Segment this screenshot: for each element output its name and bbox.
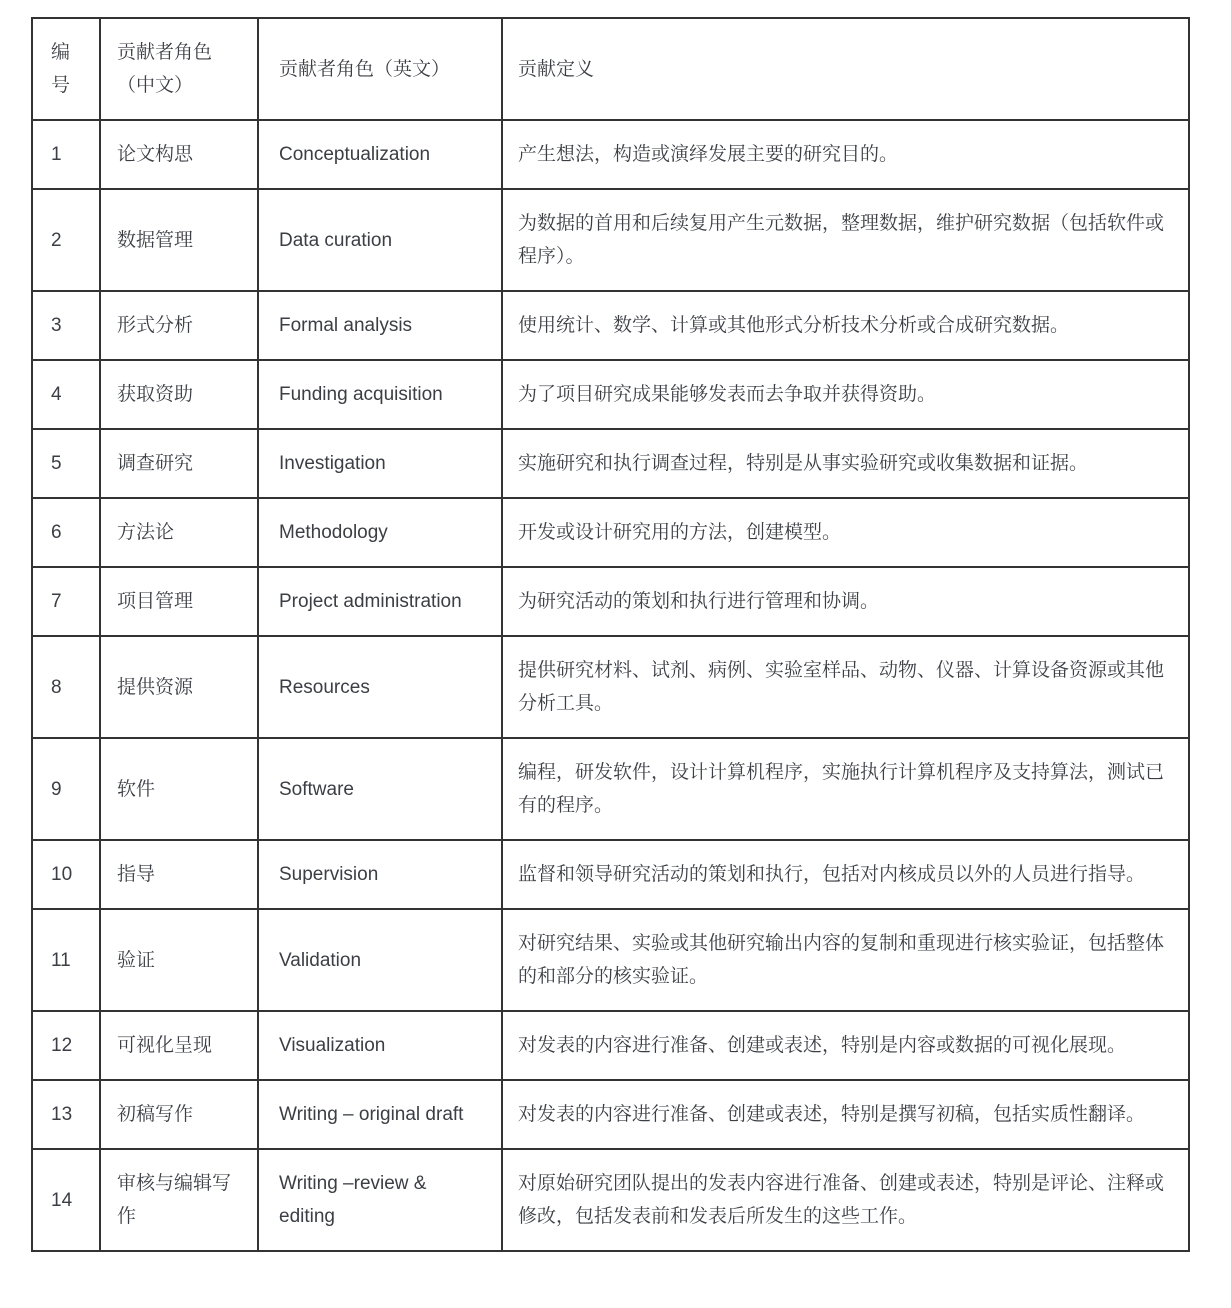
- table-row: 11 验证 Validation 对研究结果、实验或其他研究输出内容的复制和重现…: [32, 909, 1189, 1011]
- role-en-cell: Conceptualization: [258, 120, 502, 189]
- role-zh-cell: 调查研究: [100, 429, 258, 498]
- role-zh-cell: 论文构思: [100, 120, 258, 189]
- role-zh-cell: 项目管理: [100, 567, 258, 636]
- table-row: 12 可视化呈现 Visualization 对发表的内容进行准备、创建或表述，…: [32, 1011, 1189, 1080]
- definition-cell: 监督和领导研究活动的策划和执行，包括对内核成员以外的人员进行指导。: [502, 840, 1189, 909]
- role-en-cell: Investigation: [258, 429, 502, 498]
- row-number-cell: 3: [32, 291, 100, 360]
- role-en-cell: Supervision: [258, 840, 502, 909]
- table-row: 1 论文构思 Conceptualization 产生想法，构造或演绎发展主要的…: [32, 120, 1189, 189]
- role-zh-cell: 方法论: [100, 498, 258, 567]
- role-zh-cell: 初稿写作: [100, 1080, 258, 1149]
- row-number-cell: 6: [32, 498, 100, 567]
- definition-cell: 产生想法，构造或演绎发展主要的研究目的。: [502, 120, 1189, 189]
- row-number-cell: 5: [32, 429, 100, 498]
- role-en-cell: Data curation: [258, 189, 502, 291]
- row-number-cell: 1: [32, 120, 100, 189]
- row-number-cell: 14: [32, 1149, 100, 1251]
- header-number: 编号: [32, 18, 100, 120]
- table-row: 14 审核与编辑写作 Writing –review & editing 对原始…: [32, 1149, 1189, 1251]
- definition-cell: 为研究活动的策划和执行进行管理和协调。: [502, 567, 1189, 636]
- table-row: 10 指导 Supervision 监督和领导研究活动的策划和执行，包括对内核成…: [32, 840, 1189, 909]
- role-zh-cell: 形式分析: [100, 291, 258, 360]
- table-row: 9 软件 Software 编程，研发软件，设计计算机程序，实施执行计算机程序及…: [32, 738, 1189, 840]
- role-en-cell: Visualization: [258, 1011, 502, 1080]
- role-en-cell: Software: [258, 738, 502, 840]
- role-en-cell: Methodology: [258, 498, 502, 567]
- definition-cell: 提供研究材料、试剂、病例、实验室样品、动物、仪器、计算设备资源或其他分析工具。: [502, 636, 1189, 738]
- role-en-cell: Formal analysis: [258, 291, 502, 360]
- row-number-cell: 4: [32, 360, 100, 429]
- row-number-cell: 10: [32, 840, 100, 909]
- definition-cell: 实施研究和执行调查过程，特别是从事实验研究或收集数据和证据。: [502, 429, 1189, 498]
- header-role-en: 贡献者角色（英文）: [258, 18, 502, 120]
- row-number-cell: 2: [32, 189, 100, 291]
- definition-cell: 编程，研发软件，设计计算机程序，实施执行计算机程序及支持算法，测试已有的程序。: [502, 738, 1189, 840]
- definition-cell: 对研究结果、实验或其他研究输出内容的复制和重现进行核实验证，包括整体的和部分的核…: [502, 909, 1189, 1011]
- role-en-cell: Writing – original draft: [258, 1080, 502, 1149]
- role-zh-cell: 验证: [100, 909, 258, 1011]
- role-en-cell: Resources: [258, 636, 502, 738]
- table-row: 6 方法论 Methodology 开发或设计研究用的方法，创建模型。: [32, 498, 1189, 567]
- table-row: 2 数据管理 Data curation 为数据的首用和后续复用产生元数据，整理…: [32, 189, 1189, 291]
- role-zh-cell: 数据管理: [100, 189, 258, 291]
- definition-cell: 使用统计、数学、计算或其他形式分析技术分析或合成研究数据。: [502, 291, 1189, 360]
- row-number-cell: 12: [32, 1011, 100, 1080]
- role-en-cell: Project administration: [258, 567, 502, 636]
- table-row: 7 项目管理 Project administration 为研究活动的策划和执…: [32, 567, 1189, 636]
- header-role-zh: 贡献者角色（中文）: [100, 18, 258, 120]
- role-en-cell: Writing –review & editing: [258, 1149, 502, 1251]
- row-number-cell: 9: [32, 738, 100, 840]
- definition-cell: 对发表的内容进行准备、创建或表述，特别是撰写初稿，包括实质性翻译。: [502, 1080, 1189, 1149]
- role-zh-cell: 软件: [100, 738, 258, 840]
- role-zh-cell: 获取资助: [100, 360, 258, 429]
- role-en-cell: Validation: [258, 909, 502, 1011]
- row-number-cell: 7: [32, 567, 100, 636]
- contributor-roles-table: 编号 贡献者角色（中文） 贡献者角色（英文） 贡献定义 1 论文构思 Conce…: [31, 17, 1190, 1252]
- row-number-cell: 13: [32, 1080, 100, 1149]
- definition-cell: 为了项目研究成果能够发表而去争取并获得资助。: [502, 360, 1189, 429]
- role-zh-cell: 审核与编辑写作: [100, 1149, 258, 1251]
- table-row: 8 提供资源 Resources 提供研究材料、试剂、病例、实验室样品、动物、仪…: [32, 636, 1189, 738]
- definition-cell: 对发表的内容进行准备、创建或表述，特别是内容或数据的可视化展现。: [502, 1011, 1189, 1080]
- role-en-cell: Funding acquisition: [258, 360, 502, 429]
- header-definition: 贡献定义: [502, 18, 1189, 120]
- row-number-cell: 11: [32, 909, 100, 1011]
- definition-cell: 为数据的首用和后续复用产生元数据，整理数据，维护研究数据（包括软件或程序）。: [502, 189, 1189, 291]
- role-zh-cell: 指导: [100, 840, 258, 909]
- role-zh-cell: 可视化呈现: [100, 1011, 258, 1080]
- definition-cell: 对原始研究团队提出的发表内容进行准备、创建或表述，特别是评论、注释或修改，包括发…: [502, 1149, 1189, 1251]
- definition-cell: 开发或设计研究用的方法，创建模型。: [502, 498, 1189, 567]
- table-header-row: 编号 贡献者角色（中文） 贡献者角色（英文） 贡献定义: [32, 18, 1189, 120]
- role-zh-cell: 提供资源: [100, 636, 258, 738]
- table-row: 5 调查研究 Investigation 实施研究和执行调查过程，特别是从事实验…: [32, 429, 1189, 498]
- table-row: 3 形式分析 Formal analysis 使用统计、数学、计算或其他形式分析…: [32, 291, 1189, 360]
- table-row: 4 获取资助 Funding acquisition 为了项目研究成果能够发表而…: [32, 360, 1189, 429]
- table-row: 13 初稿写作 Writing – original draft 对发表的内容进…: [32, 1080, 1189, 1149]
- row-number-cell: 8: [32, 636, 100, 738]
